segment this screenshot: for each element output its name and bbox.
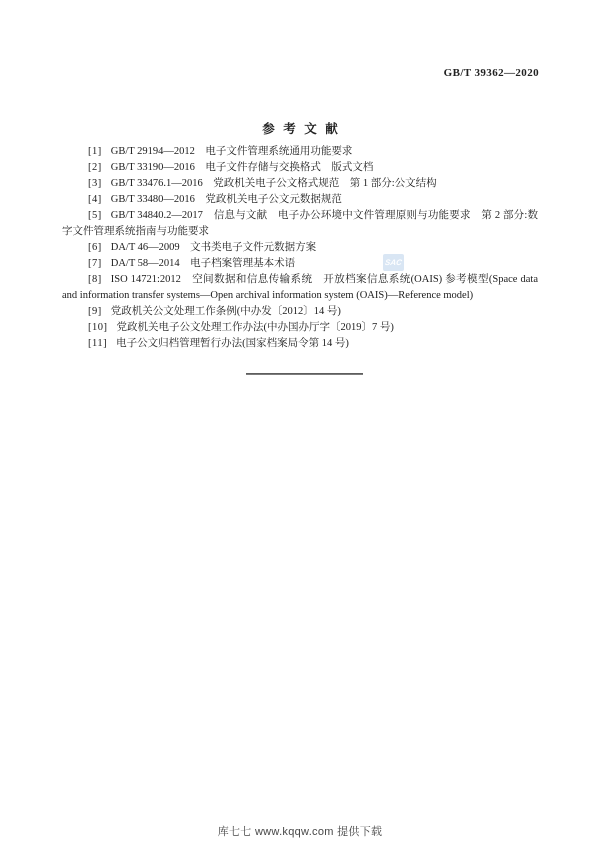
reference-item: [9]党政机关公文处理工作条例(中办发〔2012〕14 号) <box>62 304 538 320</box>
reference-item: [11]电子公文归档管理暂行办法(国家档案局令第 14 号) <box>62 336 538 352</box>
reference-item: [5]GB/T 34840.2—2017 信息与文献 电子办公环境中文件管理原则… <box>62 208 538 240</box>
reference-label: [3] <box>88 178 102 189</box>
reference-text: 党政机关公文处理工作条例(中办发〔2012〕14 号) <box>111 306 341 317</box>
reference-label: [6] <box>88 242 102 253</box>
reference-text: GB/T 33476.1—2016 党政机关电子公文格式规范 第 1 部分:公文… <box>111 178 437 189</box>
reference-item: [10]党政机关电子公文处理工作办法(中办国办厅字〔2019〕7 号) <box>62 320 538 336</box>
reference-label: [8] <box>88 274 102 285</box>
footer-watermark: 库七七 www.kqqw.com 提供下载 <box>0 823 600 839</box>
document-page: GB/T 39362—2020 参考文献 SAC [1]GB/T 29194—2… <box>0 0 600 849</box>
reference-text: GB/T 33190—2016 电子文件存储与交换格式 版式文档 <box>111 162 374 173</box>
end-of-document-rule <box>246 373 363 375</box>
reference-text: 党政机关电子公文处理工作办法(中办国办厅字〔2019〕7 号) <box>117 322 394 333</box>
reference-label: [5] <box>88 210 102 221</box>
reference-label: [4] <box>88 194 102 205</box>
reference-item: [4]GB/T 33480—2016 党政机关电子公文元数据规范 <box>62 192 538 208</box>
reference-item: [6]DA/T 46—2009 文书类电子文件元数据方案 <box>62 240 538 256</box>
standard-number-header: GB/T 39362—2020 <box>444 67 539 79</box>
reference-label: [9] <box>88 306 102 317</box>
page-title: 参考文献 <box>0 119 600 137</box>
reference-label: [10] <box>88 322 108 333</box>
reference-text: GB/T 34840.2—2017 信息与文献 电子办公环境中文件管理原则与功能… <box>62 210 538 237</box>
reference-item: [8]ISO 14721:2012 空间数据和信息传输系统 开放档案信息系统(O… <box>62 272 538 304</box>
reference-item: [7]DA/T 58—2014 电子档案管理基本术语 <box>62 256 538 272</box>
reference-item: [1]GB/T 29194—2012 电子文件管理系统通用功能要求 <box>62 144 538 160</box>
reference-item: [3]GB/T 33476.1—2016 党政机关电子公文格式规范 第 1 部分… <box>62 176 538 192</box>
reference-item: [2]GB/T 33190—2016 电子文件存储与交换格式 版式文档 <box>62 160 538 176</box>
reference-label: [2] <box>88 162 102 173</box>
reference-text: DA/T 58—2014 电子档案管理基本术语 <box>111 258 295 269</box>
reference-list: [1]GB/T 29194—2012 电子文件管理系统通用功能要求 [2]GB/… <box>62 144 538 352</box>
reference-label: [7] <box>88 258 102 269</box>
reference-text: 电子公文归档管理暂行办法(国家档案局令第 14 号) <box>116 338 349 349</box>
reference-text: GB/T 29194—2012 电子文件管理系统通用功能要求 <box>111 146 353 157</box>
reference-label: [1] <box>88 146 102 157</box>
reference-text: DA/T 46—2009 文书类电子文件元数据方案 <box>111 242 316 253</box>
reference-text: GB/T 33480—2016 党政机关电子公文元数据规范 <box>111 194 342 205</box>
reference-text: ISO 14721:2012 空间数据和信息传输系统 开放档案信息系统(OAIS… <box>62 274 538 301</box>
reference-label: [11] <box>88 338 107 349</box>
